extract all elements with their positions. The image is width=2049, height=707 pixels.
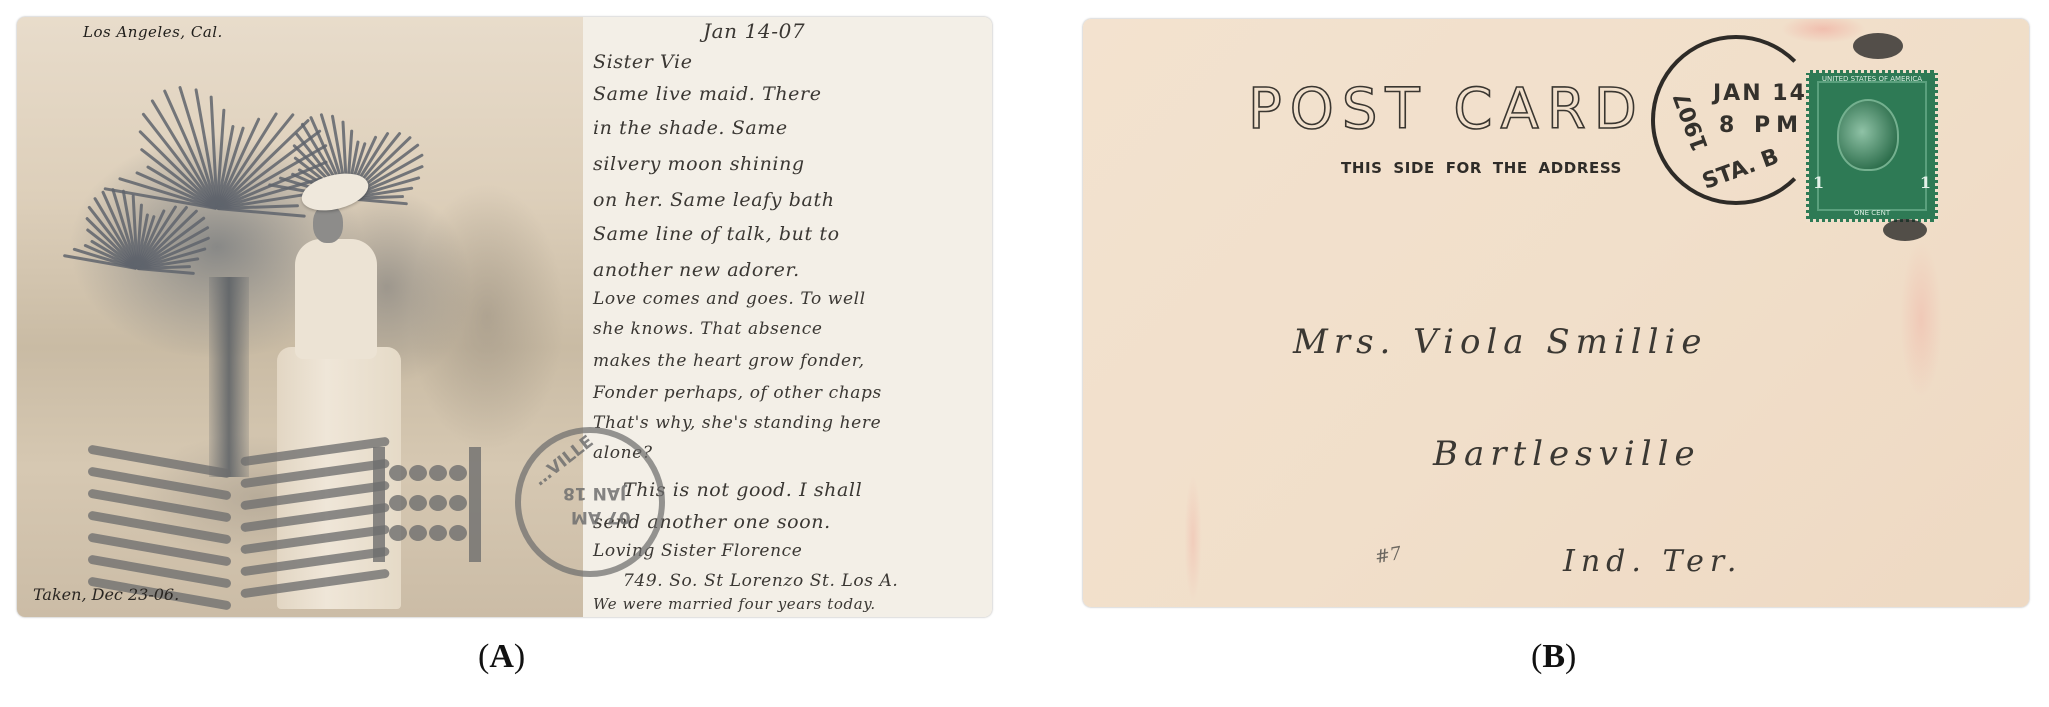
letter-line: in the shade. Same xyxy=(593,117,788,139)
postcard-front-panel-a: Los Angeles, Cal. Taken, Dec 23-06. Jan … xyxy=(17,17,992,617)
stamp-country-text: UNITED STATES OF AMERICA xyxy=(1809,75,1935,83)
franklin-portrait-icon xyxy=(1837,99,1899,171)
address-side-subtitle: THIS SIDE FOR THE ADDRESS xyxy=(1341,159,1622,177)
stamp-cancel-mark xyxy=(1883,219,1927,241)
killer-dot xyxy=(389,495,407,511)
woman-blouse xyxy=(295,239,377,359)
letter-line: silvery moon shining xyxy=(593,153,805,175)
letter-line: Sister Vie xyxy=(593,51,693,73)
letter-line: Fonder perhaps, of other chaps xyxy=(593,383,882,403)
cancel-killer-bars xyxy=(373,447,483,562)
killer-dot xyxy=(429,465,447,481)
postmark-time: 8 PM xyxy=(1719,113,1804,138)
killer-dot xyxy=(409,495,427,511)
letter-line: another new adorer. xyxy=(593,259,800,281)
photo-caption-date: Taken, Dec 23-06. xyxy=(33,585,179,604)
postmark-year: 1907 xyxy=(1669,88,1713,154)
letter-line: Same line of talk, but to xyxy=(593,223,840,245)
recipient-city: Bartlesville xyxy=(1433,434,1701,474)
stamp-value-text: ONE CENT xyxy=(1809,209,1935,217)
killer-dot xyxy=(389,525,407,541)
killer-dot xyxy=(449,495,467,511)
photo-caption-location: Los Angeles, Cal. xyxy=(83,23,223,41)
postmark-time: 07 AM xyxy=(571,507,631,527)
killer-dot xyxy=(429,525,447,541)
woman-face xyxy=(313,205,343,243)
killer-bar xyxy=(469,447,481,562)
post-card-title: POST CARD xyxy=(1248,77,1645,142)
postmark-station: STA. B xyxy=(1699,144,1782,195)
postcard-back-panel-b: POST CARD THIS SIDE FOR THE ADDRESS JAN … xyxy=(1083,19,2029,607)
stamp-cancel-mark xyxy=(1853,33,1903,59)
killer-dot xyxy=(449,465,467,481)
letter-line: on her. Same leafy bath xyxy=(593,189,835,211)
killer-bar xyxy=(373,447,385,562)
stamp-denomination: 1 xyxy=(1920,173,1931,192)
letter-line: she knows. That absence xyxy=(593,319,823,339)
sepia-photograph: Los Angeles, Cal. Taken, Dec 23-06. xyxy=(17,17,583,617)
palm-frond xyxy=(217,207,306,218)
palm-trunk xyxy=(209,277,249,477)
franklin-one-cent-stamp: UNITED STATES OF AMERICA 1 1 ONE CENT xyxy=(1806,70,1938,222)
killer-dot xyxy=(389,465,407,481)
panel-label-a: (A) xyxy=(478,638,525,676)
panel-label-b: (B) xyxy=(1531,638,1576,676)
stamp-denomination: 1 xyxy=(1813,173,1824,192)
sending-postmark: JAN 14 8 PM 1907 STA. B xyxy=(1651,35,1821,205)
postmark-date: JAN 18 xyxy=(563,483,626,503)
killer-dot xyxy=(409,525,427,541)
recipient-name: Mrs. Viola Smillie xyxy=(1293,322,1708,362)
letter-date: Jan 14-07 xyxy=(703,19,805,43)
killer-dot xyxy=(429,495,447,511)
postmark-date: JAN 14 xyxy=(1713,81,1807,106)
letter-postscript: We were married four years today. xyxy=(593,595,876,613)
killer-dot xyxy=(409,465,427,481)
receiving-postmark: …VILLE JAN 18 07 AM xyxy=(515,427,665,577)
letter-line: Same live maid. There xyxy=(593,83,822,105)
recipient-territory: Ind. Ter. xyxy=(1563,544,1742,579)
letter-line: That's why, she's standing here xyxy=(593,413,881,433)
letter-return-address: 749. So. St Lorenzo St. Los A. xyxy=(623,571,898,591)
letter-line: Love comes and goes. To well xyxy=(593,289,866,309)
killer-dot xyxy=(449,525,467,541)
letter-line: makes the heart grow fonder, xyxy=(593,351,865,371)
